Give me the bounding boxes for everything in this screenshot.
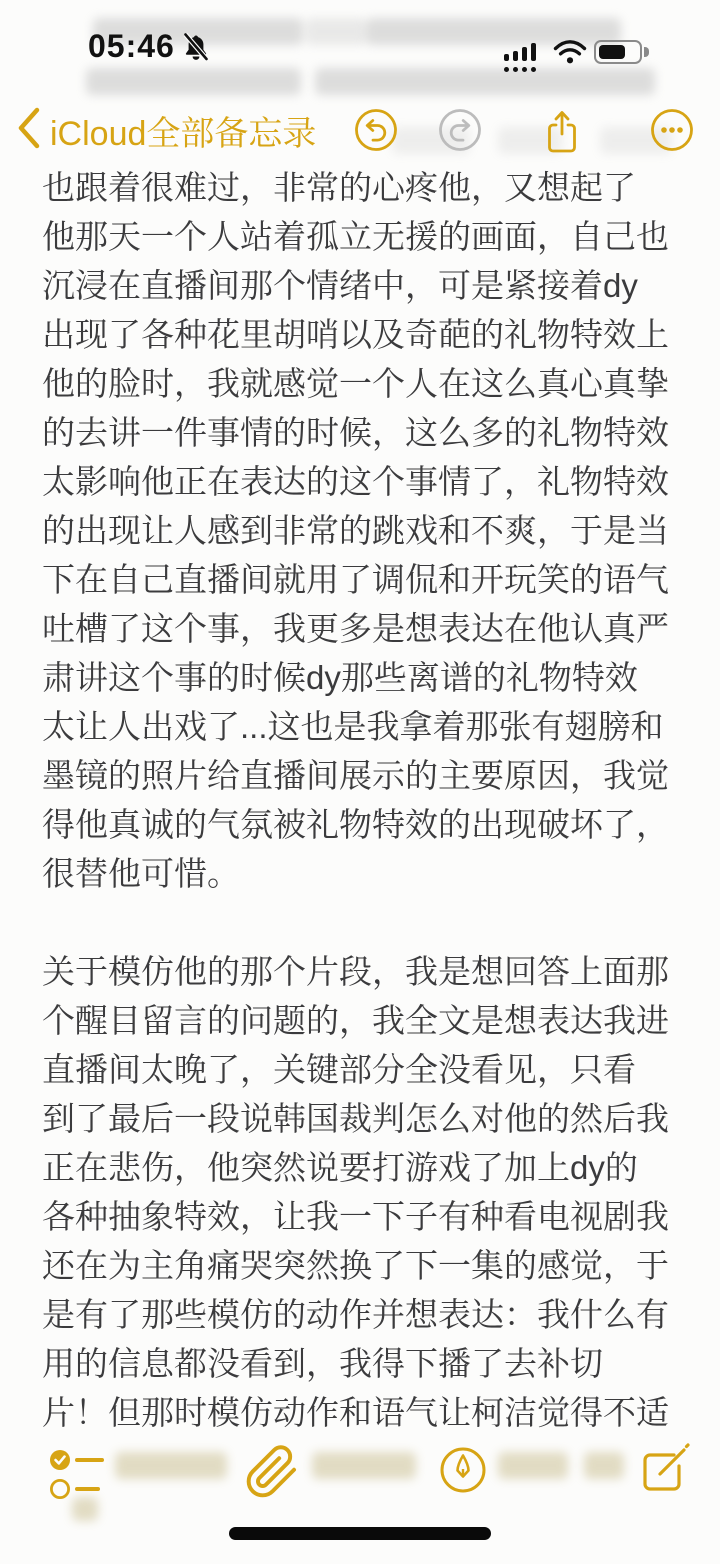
undo-icon[interactable] (353, 107, 399, 153)
note-paragraph[interactable]: 关于模仿他的那个片段，我是想回答上面那 个醒目留言的问题的，我全文是想表达我进 … (42, 947, 694, 1437)
note-body[interactable]: 也跟着很难过，非常的心疼他，又想起了 他那天一个人站着孤立无援的画面，自己也 沉… (42, 163, 694, 1486)
battery-icon (594, 40, 652, 64)
back-button-label: iCloud全部备忘录 (50, 106, 316, 155)
cellular-signal-icon (504, 40, 546, 72)
notes-app-screen: 05:46 (0, 0, 720, 1564)
bottom-toolbar (0, 1440, 720, 1564)
status-time: 05:46 (88, 28, 175, 65)
note-paragraph[interactable]: 也跟着很难过，非常的心疼他，又想起了 他那天一个人站着孤立无援的画面，自己也 沉… (42, 163, 694, 898)
nav-bar: iCloud全部备忘录 (0, 100, 720, 168)
attachment-icon[interactable] (244, 1444, 300, 1505)
status-bar: 05:46 (0, 0, 720, 100)
more-icon[interactable] (649, 107, 695, 153)
checklist-icon[interactable] (48, 1448, 108, 1509)
markup-icon[interactable] (438, 1445, 488, 1500)
redo-icon[interactable] (437, 107, 483, 153)
bell-slash-icon (180, 31, 212, 70)
home-indicator[interactable] (229, 1527, 491, 1540)
back-button[interactable]: iCloud全部备忘录 (14, 104, 316, 157)
back-chevron-icon (14, 104, 42, 157)
share-icon[interactable] (539, 107, 585, 153)
wifi-icon (552, 38, 588, 71)
compose-icon[interactable] (636, 1442, 694, 1503)
